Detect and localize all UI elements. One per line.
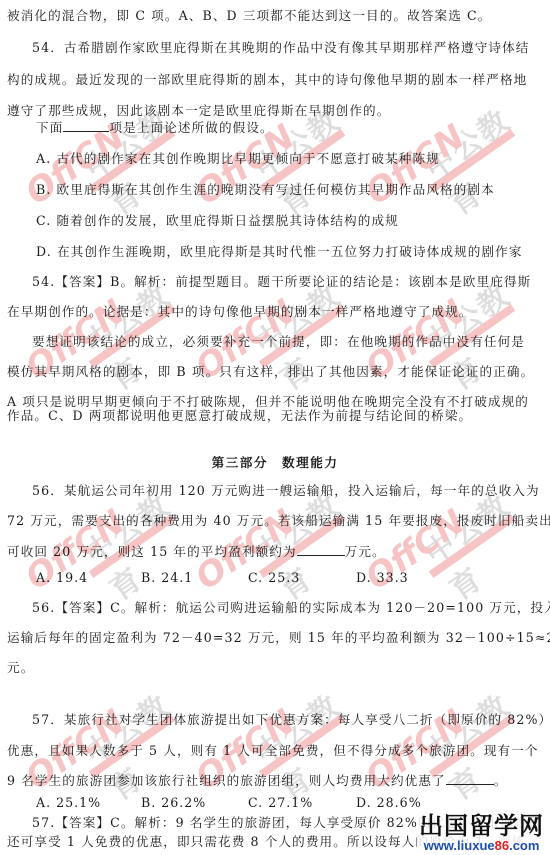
url-suffix: .com	[509, 838, 539, 853]
q54-answer-line-1: 54.【答案】B。解析：前提型题目。题干所要论证的结论是：该剧本是欧里庇得斯	[32, 274, 531, 290]
q57-option-a: A. 25.1%	[36, 795, 101, 811]
q57-stem-line-1: 57．某旅行社对学生团体旅游提出如下优惠方案：每人享受八二折（即原价的 82%）	[32, 712, 550, 728]
q57-stem-line-3: 9 名学生的旅游团参加该旅行社组织的旅游团组，则人均费用大约优惠了。	[7, 772, 507, 788]
q54-option-d: D. 在其创作生涯晚期，欧里庇得斯是其时代惟一五位努力打破诗体成规的剧作家	[36, 244, 523, 260]
url-prefix: www.liuxue	[424, 838, 495, 853]
q56-stem-line-2: 72 万元，需要支出的各种费用为 40 万元。若该船运输满 15 年要报废，报废…	[7, 513, 550, 529]
q53-answer-tail: 被消化的混合物，即 C 项。A、B、D 三项都不能达到这一目的。故答案选 C。	[7, 8, 491, 24]
q54-stem-line-1: 54．古希腊剧作家欧里庇得斯在其晚期的作品中没有像其早期那样严格遵守诗体结	[32, 40, 530, 56]
q54-explanation-line-2: 模仿其早期风格的剧本，即 B 项。只有这样，排出了其他因素，才能保证论证的正确。	[7, 364, 534, 380]
q56-option-b: B. 24.1	[141, 570, 193, 586]
section-title: 第三部分 数理能力	[0, 455, 550, 471]
q54-stem-line-2: 构的成规。最近发现的一部欧里庇得斯的剧本，其中的诗句像他早期的剧本一样严格地	[7, 72, 527, 88]
q54-answer-blank	[63, 119, 109, 132]
q56-answer-line-1: 56.【答案】C。解析：航运公司购进运输船的实际成本为 120－20=100 万…	[32, 600, 550, 616]
q57-answer-blank	[446, 772, 494, 785]
q57-option-b: B. 26.2%	[141, 795, 206, 811]
document-page: 中公教育 OffCN 中公教育 OffCN 中公教育 OffCN 中公教育 Of…	[0, 0, 550, 855]
q57-option-d: D. 28.6%	[356, 795, 422, 811]
liuxue86-logo[interactable]: 出国留学网 www.liuxue86.com	[417, 813, 546, 853]
q54-explanation-line-4: 作品。C、D 两项都说明他更愿意打破成规，无法作为前提与结论间的桥梁。	[7, 408, 472, 424]
q56-stem-line-3: 可收回 20 万元，则这 15 年的平均盈利额约为万元。	[7, 543, 386, 559]
q56-answer-line-2: 运输后每年的固定盈利为 72－40=32 万元，则 15 年的平均盈利额为 32…	[7, 630, 550, 646]
q57-stem-before: 9 名学生的旅游团参加该旅行社组织的旅游团组，则人均费用大约优惠了	[7, 773, 446, 788]
q54-prompt-before: 下面	[36, 120, 63, 135]
q56-answer-blank	[297, 543, 345, 556]
q56-stem-before: 可收回 20 万元，则这 15 年的平均盈利额约为	[7, 544, 297, 559]
q56-option-a: A. 19.4	[36, 570, 88, 586]
q54-option-c: C. 随着创作的发展，欧里庇得斯日益摆脱其诗体结构的成规	[36, 213, 399, 229]
site-logo-url: www.liuxue86.com	[419, 839, 544, 853]
q56-option-c: C. 25.3	[248, 570, 300, 586]
url-highlight: 86	[495, 838, 509, 853]
q57-option-c: C. 27.1%	[248, 795, 313, 811]
q56-option-d: D. 33.3	[356, 570, 409, 586]
q54-explanation-line-1: 要想证明该结论的成立，必须要补充一个前提，即：在他晚期的作品中没有任何是	[32, 334, 525, 350]
q57-stem-after: 。	[494, 773, 508, 788]
q56-stem-line-1: 56．某航运公司年初用 120 万元购进一艘运输船，投入运输后，每一年的总收入为	[32, 483, 540, 499]
q54-answer-line-2: 在早期创作的。论据是：其中的诗句像他早期的剧本一样严格地遵守了成规。	[7, 304, 473, 320]
q54-stem-line-3: 遵守了那些成规，因此该剧本一定是欧里庇得斯在早期创作的。	[7, 103, 390, 119]
q54-prompt-after: 项是上面论述所做的假设。	[109, 120, 273, 135]
q54-option-b: B. 欧里庇得斯在其创作生涯的晚期没有写过任何模仿其早期作品风格的剧本	[36, 182, 495, 198]
q54-option-a: A. 古代的剧作家在其创作晚期比早期更倾向于不愿意打破某种陈规	[36, 151, 440, 167]
q57-stem-line-2: 优惠，且如果人数多于 5 人，则有 1 人可全部免费，但不得分成多个旅游团。现有…	[7, 743, 539, 759]
q56-answer-line-3: 元。	[7, 660, 34, 676]
q54-prompt: 下面项是上面论述所做的假设。	[36, 119, 274, 135]
q56-stem-after: 万元。	[345, 544, 386, 559]
site-logo-name: 出国留学网	[419, 813, 544, 839]
